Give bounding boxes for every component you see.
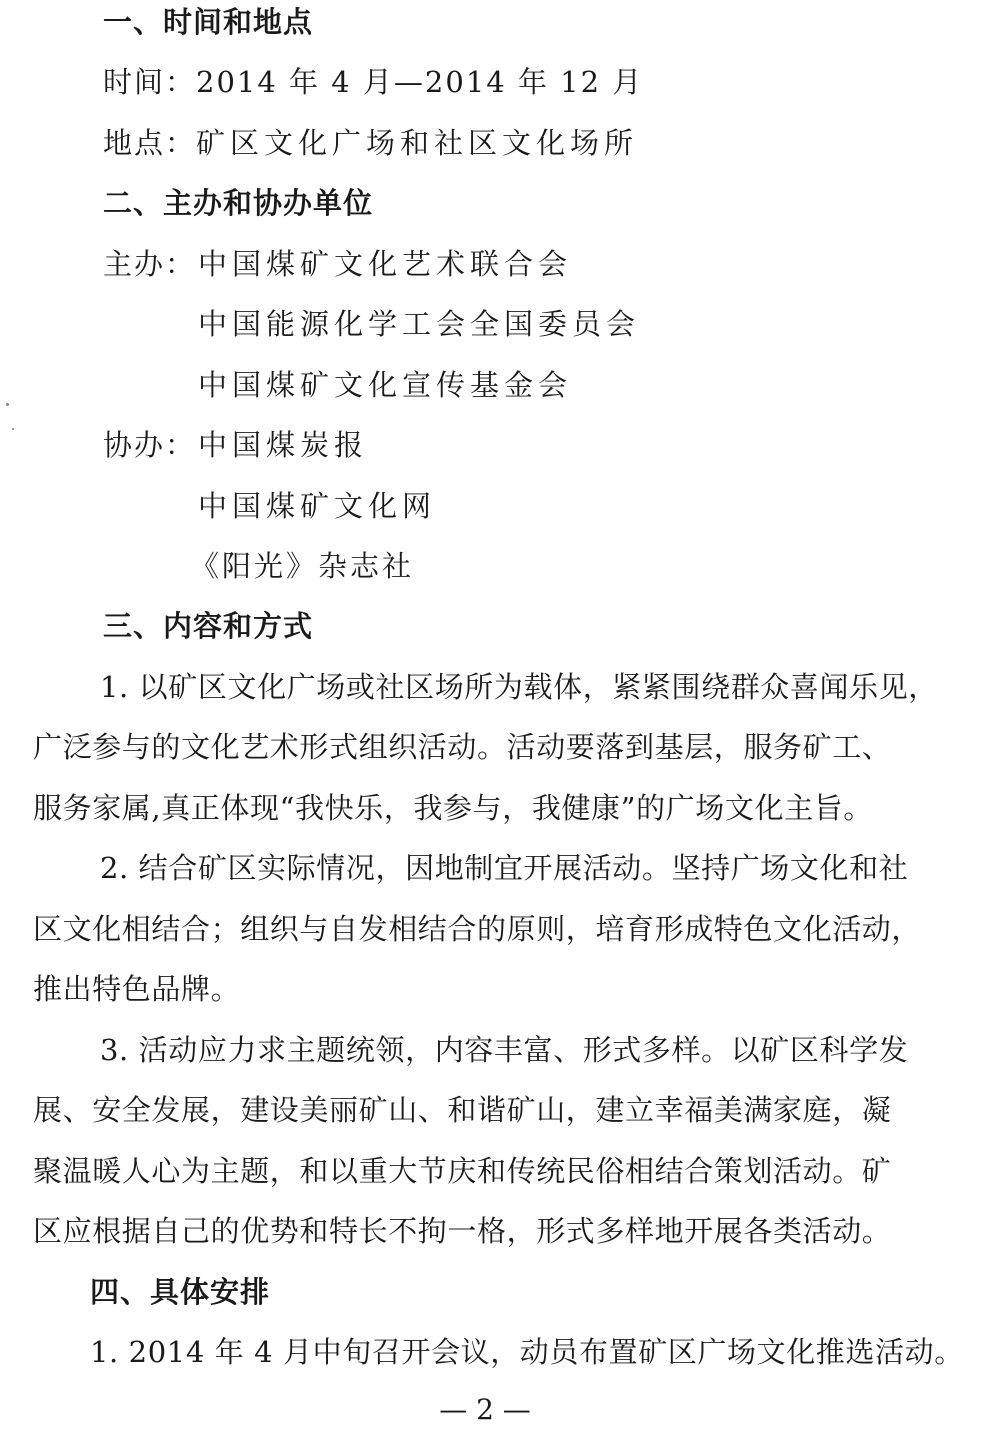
time-value: 2014 年 4 月—2014 年 12 月 [196,65,643,99]
cohost-org: 《阳光》杂志社 [190,546,414,586]
section-heading-schedule: 四、具体安排 [90,1272,270,1312]
time-label: 时间： [103,65,196,99]
paragraph-line: 区应根据自己的优势和特长不拘一格，形式多样地开展各类活动。 [33,1211,891,1251]
time-row: 时间：2014 年 4 月—2014 年 12 月 [103,62,643,102]
paragraph-line: 聚温暖人心为主题，和以重大节庆和传统民俗相结合策划活动。矿 [33,1151,891,1191]
place-value: 矿区文化广场和社区文化场所 [196,126,638,160]
paragraph-line: 广泛参与的文化艺术形式组织活动。活动要落到基层，服务矿工、 [33,727,891,767]
paragraph-line: 服务家属,真正体现“我快乐，我参与，我健康”的广场文化主旨。 [33,788,873,828]
host-label: 主办： [103,244,196,284]
cohost-label: 协办： [103,425,196,465]
host-org: 中国能源化学工会全国委员会 [198,304,640,344]
paragraph-line: 推出特色品牌。 [33,969,240,1009]
section-heading-time-place: 一、时间和地点 [103,2,313,42]
paragraph-line: 3. 活动应力求主题统领，内容丰富、形式多样。以矿区科学发 [100,1030,908,1070]
host-org: 中国煤矿文化宣传基金会 [198,365,572,405]
page-number: — 2 — [0,1392,970,1428]
scan-speck [12,428,14,430]
cohost-org: 中国煤炭报 [198,425,368,465]
cohost-org: 中国煤矿文化网 [198,486,436,526]
paragraph-line: 2. 结合矿区实际情况，因地制宜开展活动。坚持广场文化和社 [100,848,908,888]
place-row: 地点：矿区文化广场和社区文化场所 [103,123,638,163]
schedule-item: 1. 2014 年 4 月中旬召开会议，动员布置矿区广场文化推选活动。 [90,1332,964,1372]
paragraph-line: 展、安全发展，建设美丽矿山、和谐矿山，建立幸福美满家庭，凝 [33,1090,891,1130]
place-label: 地点： [103,126,196,160]
paragraph-line: 区文化相结合；组织与自发相结合的原则，培育形成特色文化活动， [33,909,921,949]
scan-speck [6,403,9,406]
paragraph-line: 1. 以矿区文化广场或社区场所为载体，紧紧围绕群众喜闻乐见， [100,667,938,707]
host-org: 中国煤矿文化艺术联合会 [198,244,572,284]
section-heading-organizers: 二、主办和协办单位 [103,183,373,223]
section-heading-content-method: 三、内容和方式 [103,606,313,646]
